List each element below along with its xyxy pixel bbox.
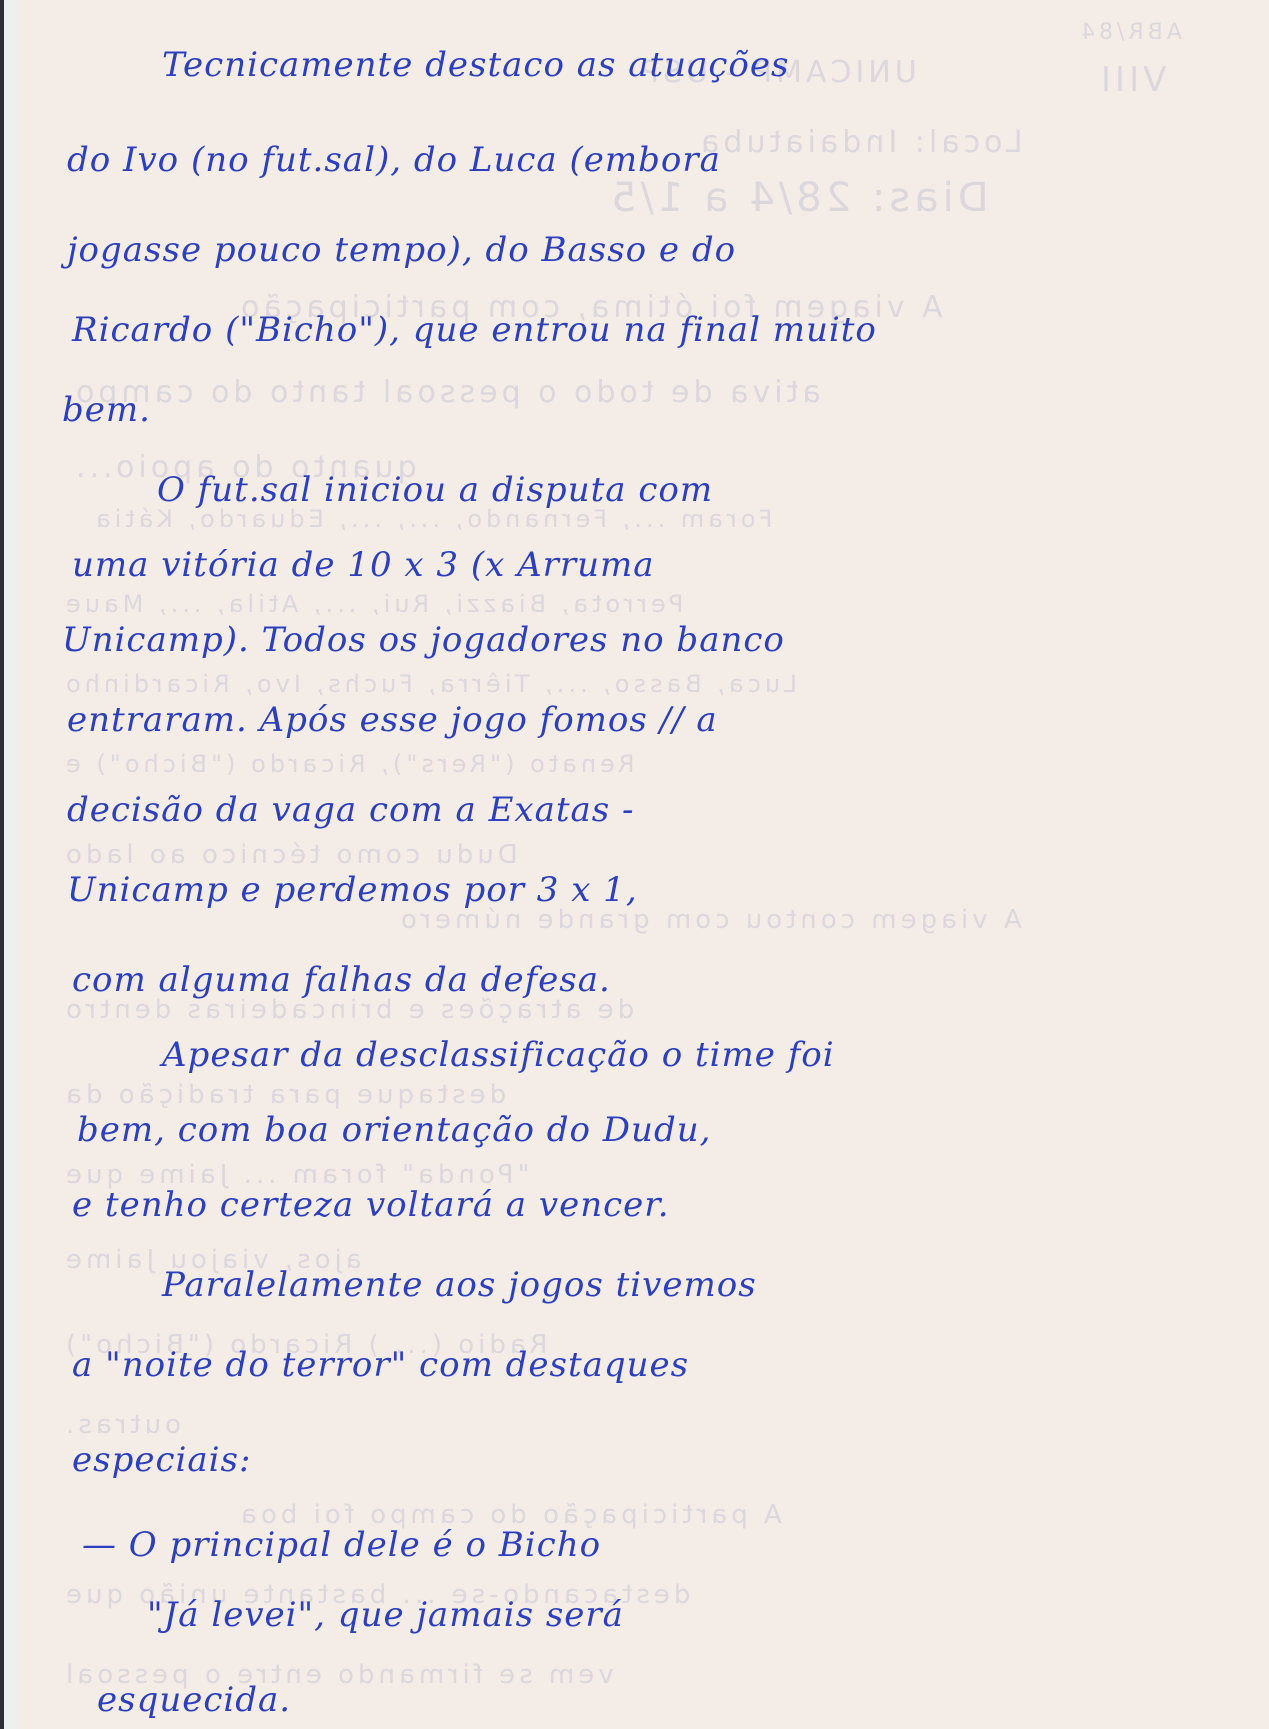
text-line: Ricardo ("Bicho"), que entrou na final m… [72,310,877,350]
text-line: com alguma falhas da defesa. [72,960,611,1000]
text-line: Tecnicamente destaco as atuações [162,45,789,85]
bleed-text: ABR/84 [1077,20,1182,45]
text-line: esquecida. [97,1680,291,1720]
bleed-text: Perrota, Biazzi, Rui, ..., Atila, ..., M… [62,590,683,618]
bleed-text: VIII [1097,60,1166,100]
text-line: a "noite do terror" com destaques [72,1345,689,1385]
text-line: do Ivo (no fut.sal), do Luca (embora [67,140,721,180]
bleed-text: outras. [62,1410,181,1440]
text-line: O fut.sal iniciou a disputa com [157,470,713,510]
text-line: bem, com boa orientação do Dudu, [77,1110,711,1150]
bleed-text: Local: Indaiatuba [697,125,1023,160]
text-line: Paralelamente aos jogos tivemos [162,1265,757,1305]
text-line: "Já levei", que jamais será [147,1595,624,1635]
text-line: Apesar da desclassificação o time foi [162,1035,835,1075]
text-line: — O principal dele é o Bicho [82,1525,601,1565]
text-line: Unicamp). Todos os jogadores no banco [62,620,785,660]
bleed-text: Renato ("Rers"), Ricardo ("Bicho") e [62,750,634,778]
text-line: Unicamp e perdemos por 3 x 1, [67,870,638,910]
text-line: entraram. Após esse jogo fomos // a [67,700,718,740]
bleed-text: ativa de todo o pessoal tanto do campo [72,375,821,410]
handwritten-page: ABR/84 VIII UNICAMP - USP Local: Indaiat… [17,0,1269,1729]
text-line: jogasse pouco tempo), do Basso e do [67,230,736,270]
text-line: e tenho certeza voltará a vencer. [72,1185,670,1225]
bleed-text: Dudu como técnico ao lado [62,840,518,870]
bleed-text: Dias: 28/4 a 1/5 [607,175,989,221]
text-line: bem. [62,390,151,430]
bleed-text: Luca, Basso, ..., Tiêrra, Fuchs, Ivo, Ri… [62,670,797,698]
text-line: decisão da vaga com a Exatas - [67,790,635,830]
text-line: especiais: [72,1440,251,1480]
scan-margin [4,0,17,1729]
bleed-text: destaque para tradição da [62,1080,506,1110]
text-line: uma vitória de 10 x 3 (x Arruma [72,545,655,585]
